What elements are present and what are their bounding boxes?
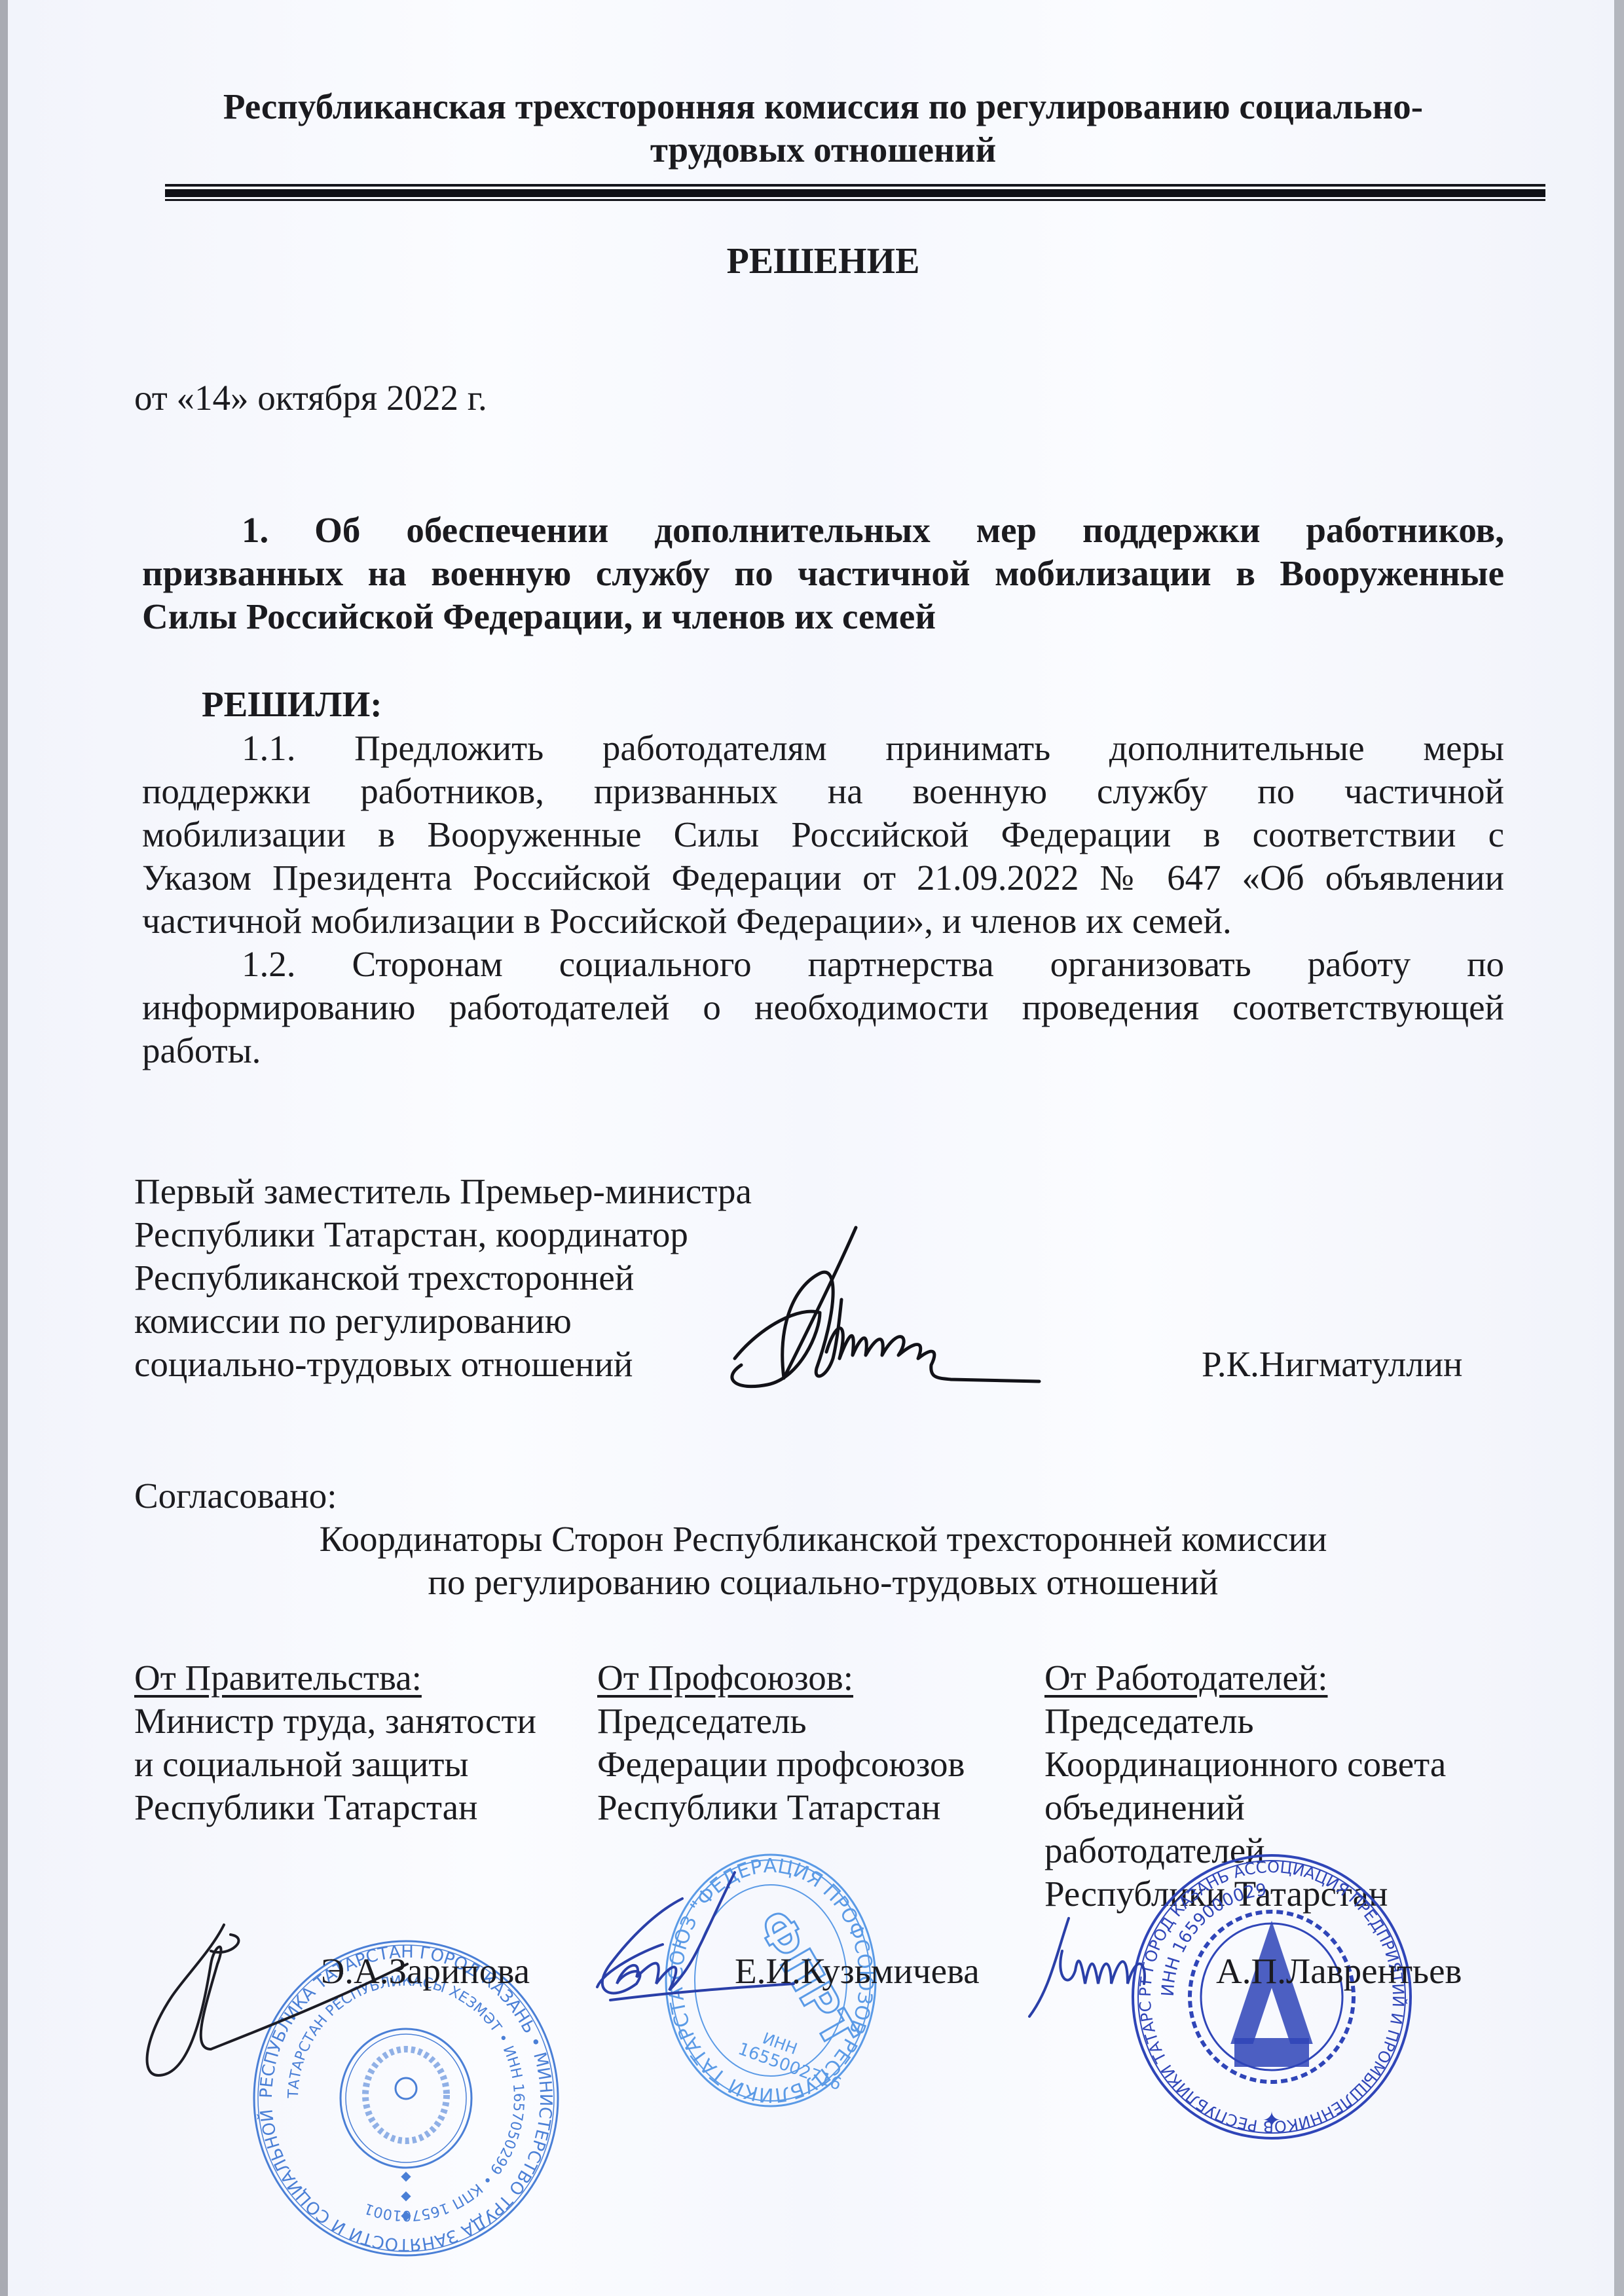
point-1-2-line: работы. <box>142 1029 1504 1072</box>
svg-text:◆: ◆ <box>401 2207 411 2223</box>
document-title: РЕШЕНИЕ <box>142 240 1504 283</box>
point-1-1-line: мобилизации в Вооруженные Силы Российско… <box>142 813 1504 856</box>
point-1-2-line: информированию работодателей о необходим… <box>142 986 1504 1029</box>
signature-kuzmicheva <box>584 1872 794 2016</box>
item-heading-line: Силы Российской Федерации, и членов их с… <box>142 595 1504 638</box>
signatory-name-employers: А.П.Лаврентьев <box>1216 1950 1462 1993</box>
signature-zaripova <box>132 1925 407 2082</box>
point-1-1-line: частичной мобилизации в Российской Федер… <box>142 900 1504 943</box>
document-page: Республиканская трехсторонняя комиссия п… <box>8 0 1614 2296</box>
resolved-label: РЕШИЛИ: <box>202 683 382 726</box>
svg-text:◆: ◆ <box>401 2187 411 2203</box>
side-label-government: От Правительства: <box>134 1658 422 1698</box>
main-signatory-name: Р.К.Нигматуллин <box>1202 1343 1462 1386</box>
main-signatory-position: Первый заместитель Премьер-министра Респ… <box>134 1170 752 1386</box>
point-1-1-line: 1.1. Предложить работодателям принимать … <box>242 727 1504 770</box>
side-label-employers: От Работодателей: <box>1044 1658 1327 1698</box>
scan-edge-left <box>0 0 8 2296</box>
organization-name-line1: Республиканская трехсторонняя комиссия п… <box>142 85 1504 128</box>
document-date: от «14» октября 2022 г. <box>134 376 487 420</box>
organization-header: Республиканская трехсторонняя комиссия п… <box>142 85 1504 172</box>
point-1-1-line: поддержки работников, призванных на воен… <box>142 770 1504 813</box>
approval-column-unions: От Профсоюзов: Председатель Федерации пр… <box>597 1656 965 1829</box>
organization-name-line2: трудовых отношений <box>142 128 1504 172</box>
approval-subtitle: Координаторы Сторон Республиканской трех… <box>142 1518 1504 1604</box>
approval-column-government: От Правительства: Министр труда, занятос… <box>134 1656 536 1829</box>
signatory-name-unions: Е.И.Кузьмичева <box>735 1950 980 1993</box>
svg-text:✦: ✦ <box>1263 2107 1282 2134</box>
signatory-name-government: Э.А.Зарипова <box>321 1950 530 1993</box>
signature-lavrentyev <box>1029 1912 1226 2043</box>
scan-edge-right <box>1614 0 1624 2296</box>
approval-label: Согласовано: <box>134 1474 337 1518</box>
point-1-2-line: 1.2. Сторонам социального партнерства ор… <box>242 943 1504 986</box>
point-1-1-line: Указом Президента Российской Федерации о… <box>142 856 1504 900</box>
signature-nigmatullin <box>722 1228 1075 1398</box>
item-heading-line: призванных на военную службу по частично… <box>142 552 1504 595</box>
svg-text:◆: ◆ <box>401 2168 411 2183</box>
header-divider <box>165 184 1545 201</box>
side-label-unions: От Профсоюзов: <box>597 1658 853 1698</box>
item-heading-line: 1. Об обеспечении дополнительных мер под… <box>242 509 1504 552</box>
